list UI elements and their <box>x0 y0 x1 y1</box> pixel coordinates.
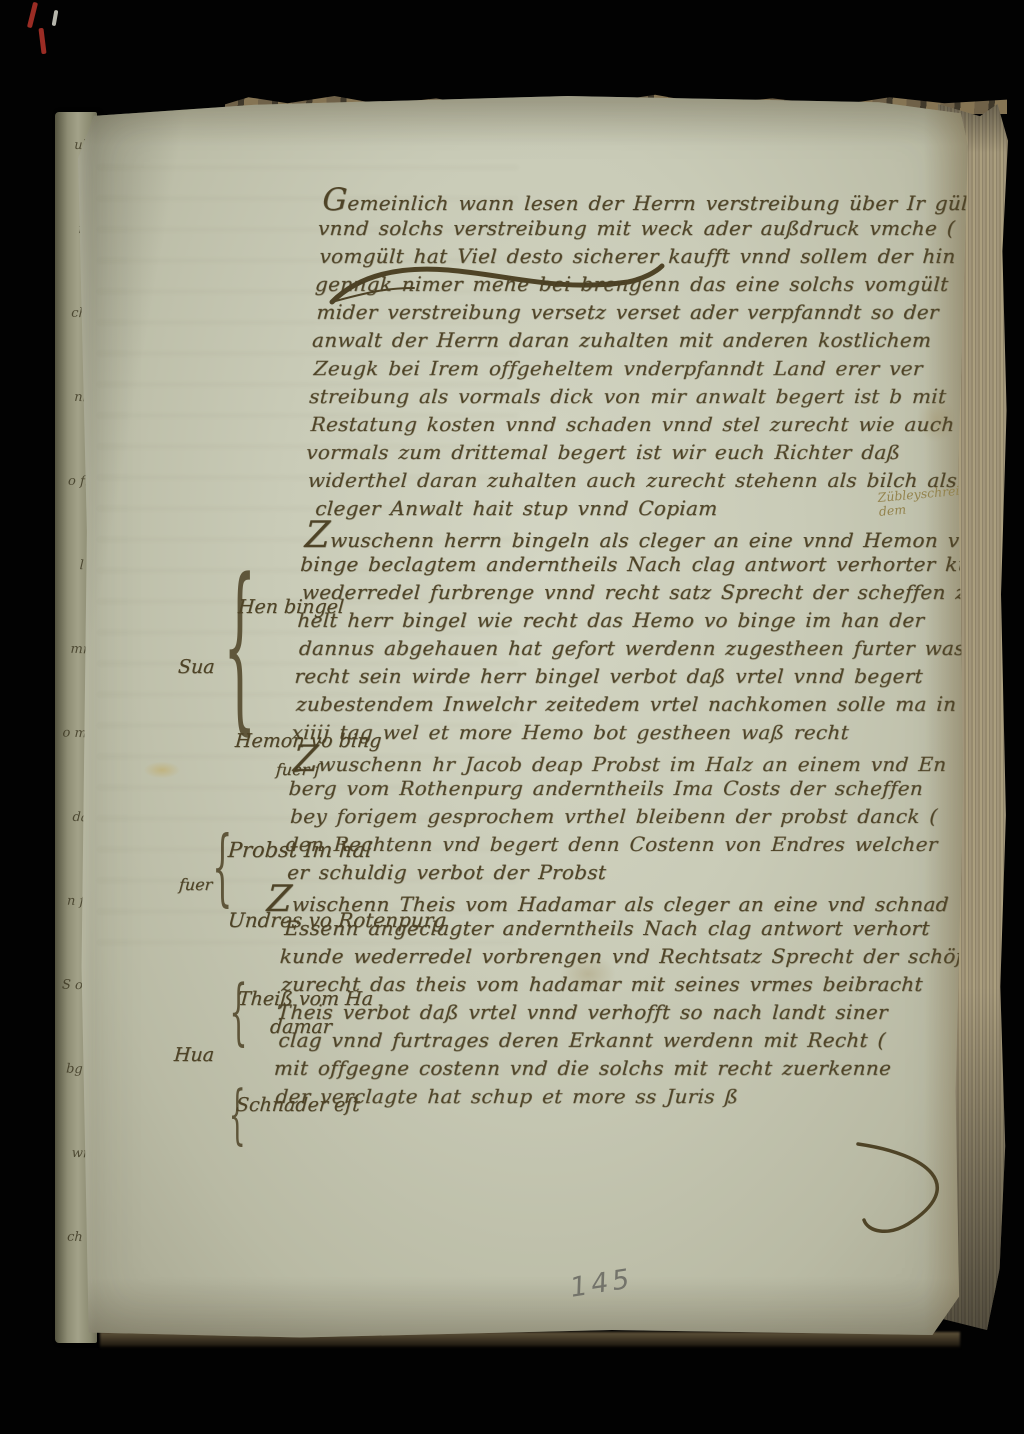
manuscript-photo: ulnmfchpnhlo fril cmmo mhdasn fslS ombg … <box>0 0 1024 1434</box>
manuscript-page: Gemeinlich wann lesen der Herrn verstrei… <box>78 96 968 1340</box>
main-text-block: Gemeinlich wann lesen der Herrn verstrei… <box>272 186 985 1110</box>
text-line: zurecht das theis vom hadamar mit seines… <box>281 970 944 998</box>
text-line: cleger Anwalt hait stup vnnd Copiam <box>315 494 969 522</box>
stain <box>136 758 188 782</box>
margin-note-schnader: Schnader eſt <box>235 1094 360 1116</box>
margin-note-probst-im-hal: Probst Im hal <box>227 838 372 862</box>
corner-letter-mark: f <box>170 1382 182 1420</box>
text-line: binge beclagtem anderntheils Nach clag a… <box>300 550 966 578</box>
text-line: berg vom Rothenpurg anderntheils Ima Cos… <box>288 774 954 802</box>
margin-note-theis-vom-hadamar-1: Theiß vom Ha <box>237 988 374 1010</box>
text-line: bey forigem gesprochem vrthel bleibenn d… <box>289 802 952 830</box>
text-line: clag vnnd furtrages deren Erkannt werden… <box>278 1026 941 1054</box>
text-line: streibung als vormals dick von mir anwal… <box>308 382 974 410</box>
text-line: anwalt der Herrn daran zuhalten mit ande… <box>311 326 977 354</box>
text-line: mit offgegne costenn vnd die solchs mit … <box>273 1054 939 1082</box>
text-line: widerthel daran zuhalten auch zurecht st… <box>307 466 970 494</box>
margin-note-hen-bingel: Hen bingel <box>237 596 345 618</box>
text-line: mider verstreibung versetz verset ader v… <box>316 298 979 326</box>
text-line: Zeugk bei Irem offgeheltem vnderpfanndt … <box>313 354 976 382</box>
margin-note-hemon-vo-bing: Hemon vo bing <box>234 730 382 752</box>
margin-note-hua: Hua <box>173 1044 215 1066</box>
text-line: helt herr bingel wie recht das Hemo vo b… <box>297 606 963 634</box>
margin-note-sua: Sua <box>177 656 215 678</box>
text-line: Zwuschenn hr Jacob deap Probst im Halz a… <box>292 746 955 774</box>
red-archive-mark <box>38 28 46 54</box>
text-line: den Rechtenn vnd begert denn Costenn von… <box>285 830 951 858</box>
text-line: vnnd solchs verstreibung mit weck ader a… <box>317 214 983 242</box>
margin-note-probst-sub: fuer <box>178 875 213 894</box>
text-line: Zwuschenn herrn bingeln als cleger an ei… <box>304 522 967 550</box>
margin-note-theis-vom-hadamar-2: damar <box>269 1016 332 1038</box>
white-archive-mark <box>52 10 59 26</box>
text-line: er schuldig verbot der Probst <box>287 858 950 886</box>
text-line: zubestendem Inwelchr zeitedem vrtel nach… <box>295 690 958 718</box>
text-line: kunde wederredel vorbrengen vnd Rechtsat… <box>279 942 945 970</box>
text-line: vomgült hat Viel desto sicherer kaufft v… <box>319 242 982 270</box>
margin-brace: { <box>223 556 256 737</box>
text-line: dannus abgehauen hat gefort werdenn zuge… <box>298 634 961 662</box>
text-line: der verclagte hat schup et more ss Juris… <box>275 1082 938 1110</box>
red-archive-mark <box>27 2 38 28</box>
text-line: wederredel furbrenge vnnd recht satz Spr… <box>301 578 964 606</box>
text-line: vormals zum drittemal begert ist wir euc… <box>306 438 972 466</box>
pencil-folio-number: 145 <box>568 1263 636 1304</box>
margin-note-hemon-sub: fuer ſ <box>275 760 321 779</box>
text-line: Restatung kosten vnnd schaden vnnd stel … <box>310 410 973 438</box>
text-line: Theis verbot daß vrtel vnnd verhofft so … <box>276 998 942 1026</box>
margin-note-undres-vo-rotenpurg: Undres vo Rotenpurg <box>227 908 447 932</box>
text-line: genngk nimer mehe bei brengenn das eine … <box>314 270 980 298</box>
text-line: recht sein wirde herr bingel verbot daß … <box>294 662 960 690</box>
margin-brace: { <box>229 975 247 1048</box>
text-line: xiiij tag wel et more Hemo bot gestheen … <box>291 718 957 746</box>
text-line: Gemeinlich wann lesen der Herrn verstrei… <box>322 186 985 214</box>
